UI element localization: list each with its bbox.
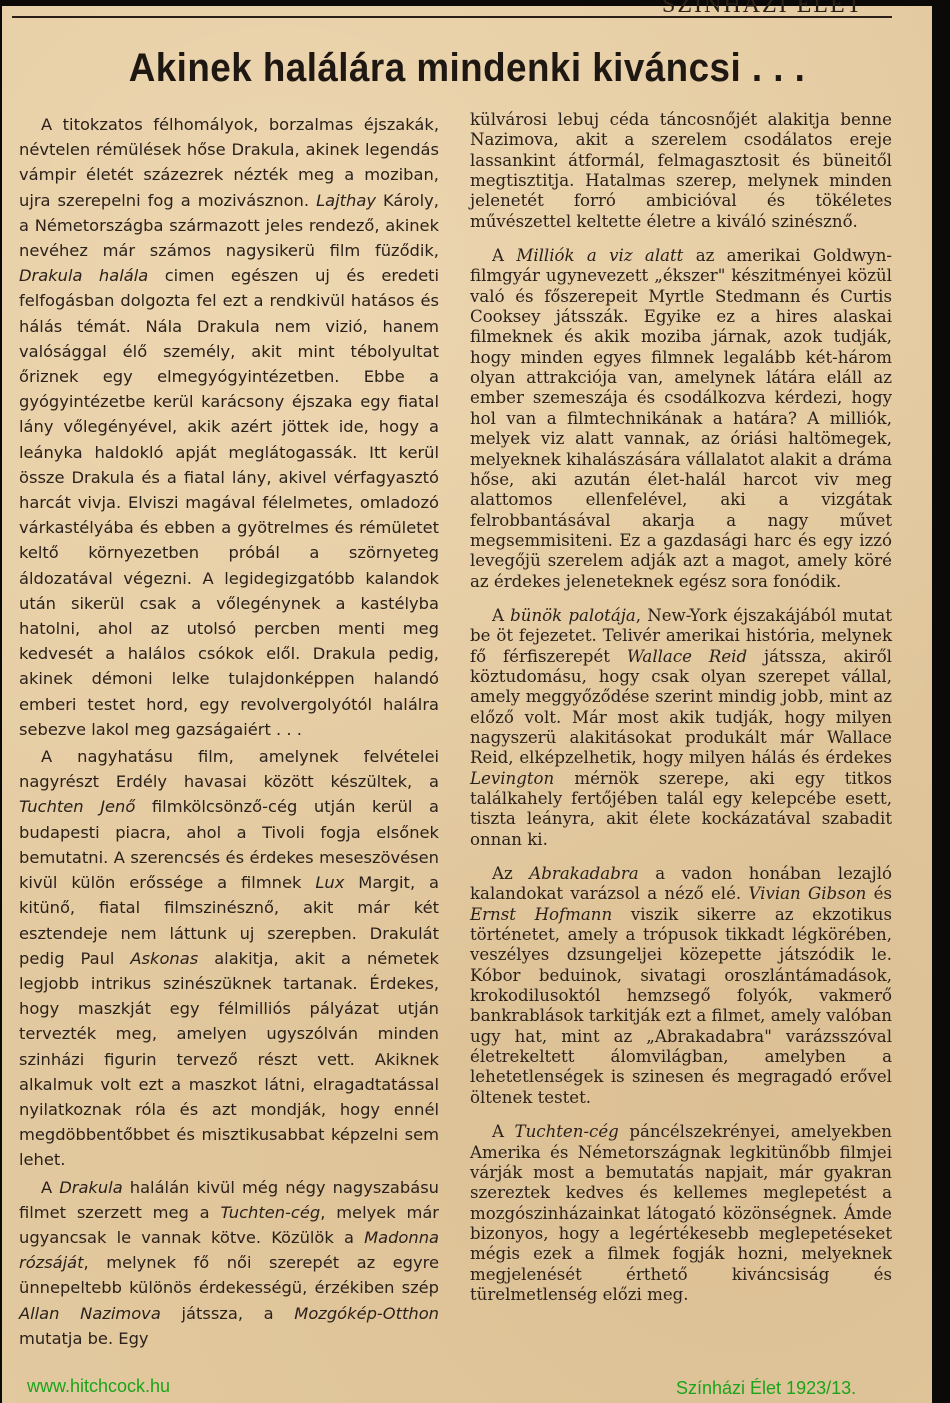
paragraph: Az Abrakadabra a vadon honában lezajló k… xyxy=(470,864,892,1108)
paragraph: A nagyhatásu film, amelynek felvételei n… xyxy=(19,744,439,1172)
paragraph: A Tuchten-cég páncélszekrényei, amelyekb… xyxy=(470,1122,892,1305)
paragraph: külvárosi lebuj céda táncosnőjét alakitj… xyxy=(470,110,892,232)
article-title: Akinek halálára mindenki kiváncsi . . . xyxy=(39,46,895,91)
site-credit: www.hitchcock.hu xyxy=(27,1376,170,1397)
paragraph: A titokzatos félhomályok, borzalmas éjsz… xyxy=(19,112,439,742)
newspaper-page: SZINHÁZI ÉLET Akinek halálára mindenki k… xyxy=(2,6,932,1403)
left-column: A titokzatos félhomályok, borzalmas éjsz… xyxy=(19,112,439,1351)
paragraph: A bünök palotája, New-York éjszakájából … xyxy=(470,606,892,850)
paragraph: A Drakula halálán kivül még négy nagysza… xyxy=(19,1175,439,1351)
source-credit: Színházi Élet 1923/13. xyxy=(676,1378,856,1399)
paragraph: A Milliók a viz alatt az amerikai Goldwy… xyxy=(470,246,892,592)
right-column: külvárosi lebuj céda táncosnőjét alakitj… xyxy=(470,110,892,1305)
header-rule xyxy=(12,16,892,18)
